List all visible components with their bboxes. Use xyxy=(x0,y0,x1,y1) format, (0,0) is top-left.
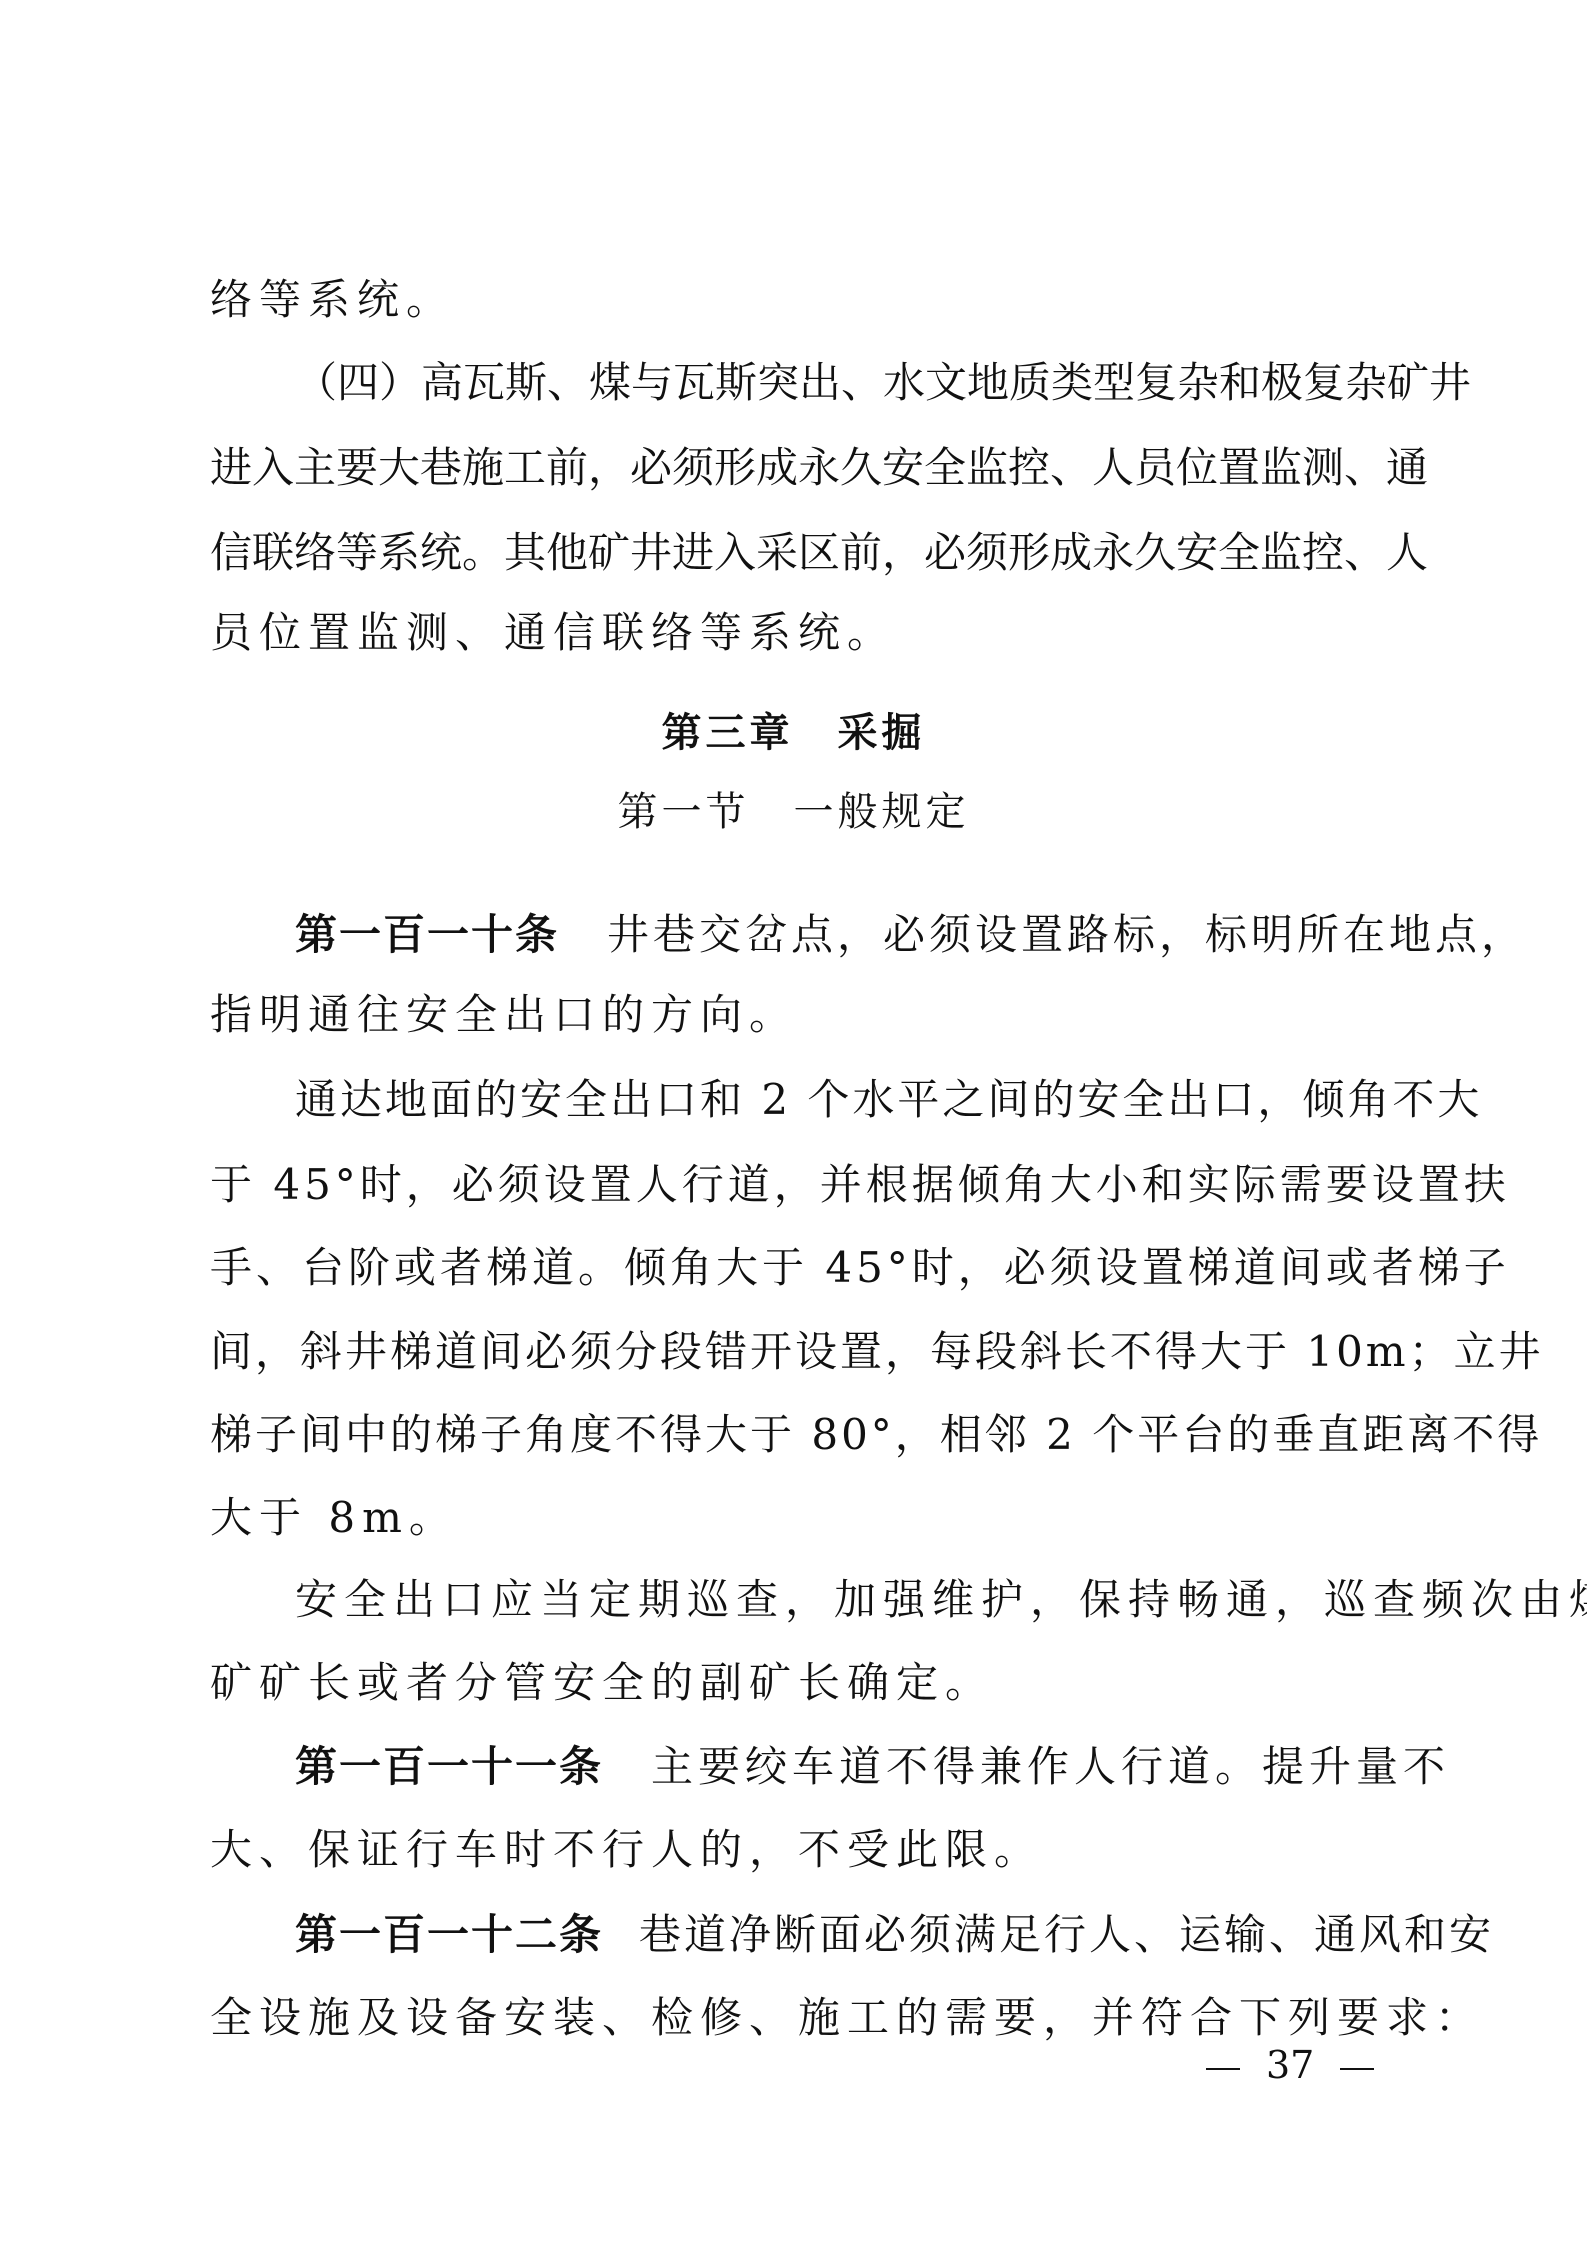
paragraph-line: 于 45°时，必须设置人行道，并根据倾角大小和实际需要设置扶 xyxy=(210,1143,1390,1227)
paragraph-line: 间，斜井梯道间必须分段错开设置，每段斜长不得大于 10m；立井 xyxy=(210,1310,1390,1394)
article-number: 第一百一十一条 xyxy=(295,1742,603,1791)
paragraph-line: 梯子间中的梯子角度不得大于 80°，相邻 2 个平台的垂直距离不得 xyxy=(210,1393,1390,1477)
paragraph-line: 指明通往安全出口的方向。 xyxy=(210,973,1390,1057)
article-112-first-line: 第一百一十二条巷道净断面必须满足行人、运输、通风和安 xyxy=(295,1893,1390,1977)
paragraph-line: 通达地面的安全出口和 2 个水平之间的安全出口，倾角不大 xyxy=(295,1058,1390,1142)
paragraph-line: 员位置监测、通信联络等系统。 xyxy=(210,591,1390,675)
page-number-value: 37 xyxy=(1266,2043,1314,2087)
paragraph-line: （四）高瓦斯、煤与瓦斯突出、水文地质类型复杂和极复杂矿井 xyxy=(210,341,1390,425)
paragraph-line: 安全出口应当定期巡查，加强维护，保持畅通，巡查频次由煤 xyxy=(295,1558,1390,1642)
paragraph-line: 络等系统。 xyxy=(210,258,1390,342)
article-text: 主要绞车道不得兼作人行道。提升量不 xyxy=(651,1742,1450,1791)
article-111-first-line: 第一百一十一条主要绞车道不得兼作人行道。提升量不 xyxy=(295,1725,1390,1809)
paragraph-line: 大于 8m。 xyxy=(210,1476,1390,1560)
dash-right xyxy=(1340,2068,1374,2070)
article-text: 巷道净断面必须满足行人、运输、通风和安 xyxy=(639,1910,1494,1959)
item-4-line-1: （四）高瓦斯、煤与瓦斯突出、水文地质类型复杂和极复杂矿井 xyxy=(295,358,1471,407)
page-number: 37 xyxy=(1180,2035,1400,2095)
paragraph-line: 大、保证行车时不行人的，不受此限。 xyxy=(210,1808,1390,1892)
article-110-first-line: 第一百一十条井巷交岔点，必须设置路标，标明所在地点， xyxy=(295,893,1390,977)
section-title: 第一节 一般规定 xyxy=(0,772,1587,852)
paragraph-line: 矿矿长或者分管安全的副矿长确定。 xyxy=(210,1641,1390,1725)
paragraph-line: 手、台阶或者梯道。倾角大于 45°时，必须设置梯道间或者梯子 xyxy=(210,1226,1390,1310)
paragraph-line: 信联络等系统。其他矿井进入采区前，必须形成永久安全监控、人 xyxy=(210,511,1390,595)
article-number: 第一百一十二条 xyxy=(295,1910,603,1959)
article-number: 第一百一十条 xyxy=(295,910,559,959)
document-page: 络等系统。 （四）高瓦斯、煤与瓦斯突出、水文地质类型复杂和极复杂矿井 进入主要大… xyxy=(0,0,1587,2245)
article-text: 井巷交岔点，必须设置路标，标明所在地点， xyxy=(607,910,1527,959)
dash-left xyxy=(1206,2068,1240,2070)
paragraph-line: 进入主要大巷施工前，必须形成永久安全监控、人员位置监测、通 xyxy=(210,426,1390,510)
chapter-title: 第三章 采掘 xyxy=(0,693,1587,773)
